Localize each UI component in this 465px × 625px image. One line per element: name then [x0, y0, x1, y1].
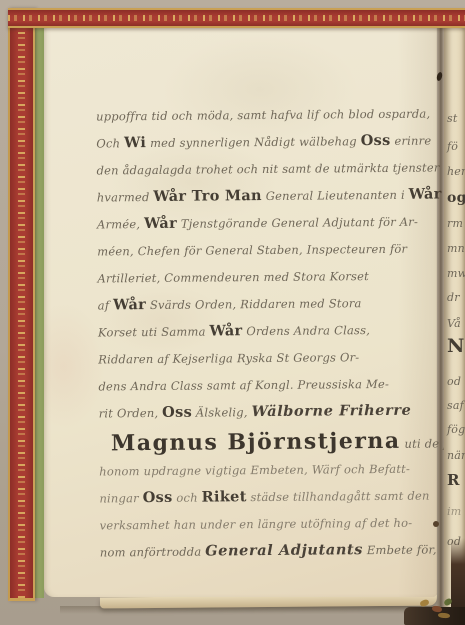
neighbor-page-text-fragment: saf: [447, 399, 464, 412]
text-segment: Riddaren af Kejserliga Ryska St Georgs O…: [98, 350, 359, 366]
text-segment: Wår: [209, 322, 242, 339]
neighbor-page-text-fragment: Vå: [447, 317, 461, 330]
text-segment: erinre: [390, 134, 431, 148]
photo-background: uppoffra tid och möda, samt hafva lif oc…: [0, 0, 465, 625]
binding-speck: [433, 521, 439, 527]
neighbor-page-text-fragment: fög: [447, 423, 465, 436]
neighbor-page-text-fragment: mw: [447, 267, 465, 280]
manuscript-line: Och Wi med synnerligen Nådigt wälbehag O…: [96, 130, 431, 160]
manuscript-line: Korset uti Samma Wår Ordens Andra Class,: [98, 319, 433, 349]
text-segment: Wi: [124, 134, 146, 151]
text-segment: Armée,: [97, 217, 144, 231]
text-segment: Artilleriet, Commendeuren med Stora Kors…: [97, 269, 369, 285]
text-segment: uppoffra tid och möda, samt hafva lif oc…: [96, 107, 430, 124]
text-segment: den ådagalagda trohet och nit samt de ut…: [96, 160, 439, 177]
manuscript-line: af Wår Svärds Orden, Riddaren med Stora: [98, 292, 433, 322]
manuscript-text: uppoffra tid och möda, samt hafva lif oc…: [96, 103, 435, 569]
text-segment: Ordens Andra Class,: [242, 323, 370, 338]
neighbor-page-text-fragment: nän: [447, 449, 465, 462]
neighbor-page-text-fragment: mn: [447, 242, 465, 255]
text-segment: General Lieutenanten i: [262, 188, 409, 203]
text-segment: Magnus Björnstjerna: [111, 428, 401, 457]
neighbor-page-text-fragment: rm: [447, 217, 463, 230]
text-segment: ningar: [99, 491, 142, 505]
text-segment: Och: [96, 136, 124, 150]
neighbor-page-text-fragment: im: [447, 505, 461, 518]
neighbor-page-text-fragment: her: [447, 165, 465, 178]
manuscript-line: Magnus Björnstjerna uti de flere: [99, 428, 434, 461]
neighbor-page-text-fragment: st: [447, 112, 457, 125]
manuscript-line: rit Orden, Oss Älskelig, Wälborne Friher…: [99, 400, 434, 431]
manuscript-line: uppoffra tid och möda, samt hafva lif oc…: [96, 103, 431, 133]
neighbor-page-text-fragment: fö: [447, 140, 458, 153]
text-segment: Oss: [361, 132, 391, 149]
manuscript-line: Riddaren af Kejserliga Ryska St Georgs O…: [98, 346, 433, 376]
book-cover-left-edge: [8, 8, 35, 601]
text-segment: af: [98, 298, 113, 312]
text-segment: rit Orden,: [99, 406, 163, 421]
text-segment: med synnerligen Nådigt wälbehag: [146, 134, 361, 150]
manuscript-line: verksamhet han under en längre utöfning …: [100, 512, 435, 542]
manuscript-line: den ådagalagda trohet och nit samt de ut…: [96, 157, 431, 187]
text-segment: dens Andra Class samt af Kongl. Preussis…: [98, 377, 389, 394]
text-segment: General Adjutants: [205, 541, 363, 559]
facing-page-sliver: stföherogrmmnmwdrVåNodsaffögnänRimod: [444, 20, 465, 616]
manuscript-line: honom updragne vigtiga Embeten, Wärf och…: [99, 458, 434, 488]
text-segment: Wår Tro Man: [153, 187, 262, 205]
text-segment: Oss: [143, 489, 173, 506]
text-segment: méen, Chefen för General Staben, Inspect…: [97, 242, 407, 259]
text-segment: Tjenstgörande General Adjutant för Ar-: [177, 215, 418, 231]
text-segment: och: [172, 491, 201, 505]
text-segment: Wår: [144, 215, 177, 232]
book-cover-top-edge: [8, 8, 465, 28]
text-segment: Oss: [162, 404, 192, 421]
text-segment: Riket: [202, 488, 247, 505]
text-segment: Embete för,: [363, 543, 437, 558]
manuscript-line: ningar Oss och Riket städse tillhandagåt…: [99, 485, 434, 515]
text-segment: Svärds Orden, Riddaren med Stora: [146, 296, 362, 312]
text-segment: Älskelig,: [192, 405, 252, 420]
manuscript-line: méen, Chefen för General Staben, Inspect…: [97, 238, 432, 268]
manuscript-line: hvarmed Wår Tro Man General Lieutenanten…: [97, 184, 432, 214]
text-segment: Wår: [113, 296, 146, 313]
neighbor-page-text-fragment: od: [447, 375, 461, 388]
text-segment: verksamhet han under en längre utöfning …: [100, 516, 413, 533]
manuscript-page: uppoffra tid och möda, samt hafva lif oc…: [44, 20, 437, 597]
manuscript-line: nom anförtrodda General Adjutants Embete…: [100, 539, 435, 569]
neighbor-page-text-fragment: og: [447, 190, 465, 206]
manuscript-line: Armée, Wår Tjenstgörande General Adjutan…: [97, 211, 432, 241]
text-segment: städse tillhandagått samt den: [247, 489, 430, 505]
text-segment: hvarmed: [97, 190, 154, 204]
manuscript-line: dens Andra Class samt af Kongl. Preussis…: [98, 373, 433, 403]
neighbor-page-text-fragment: R: [447, 471, 460, 489]
text-segment: honom updragne vigtiga Embeten, Wärf och…: [99, 462, 410, 479]
neighbor-page-text-fragment: dr: [447, 291, 460, 304]
text-segment: Wälborne Friherre: [251, 402, 411, 420]
text-segment: Korset uti Samma: [98, 324, 210, 339]
text-segment: nom anförtrodda: [100, 545, 205, 560]
neighbor-page-text-fragment: N: [447, 335, 465, 357]
manuscript-line: Artilleriet, Commendeuren med Stora Kors…: [97, 265, 432, 295]
